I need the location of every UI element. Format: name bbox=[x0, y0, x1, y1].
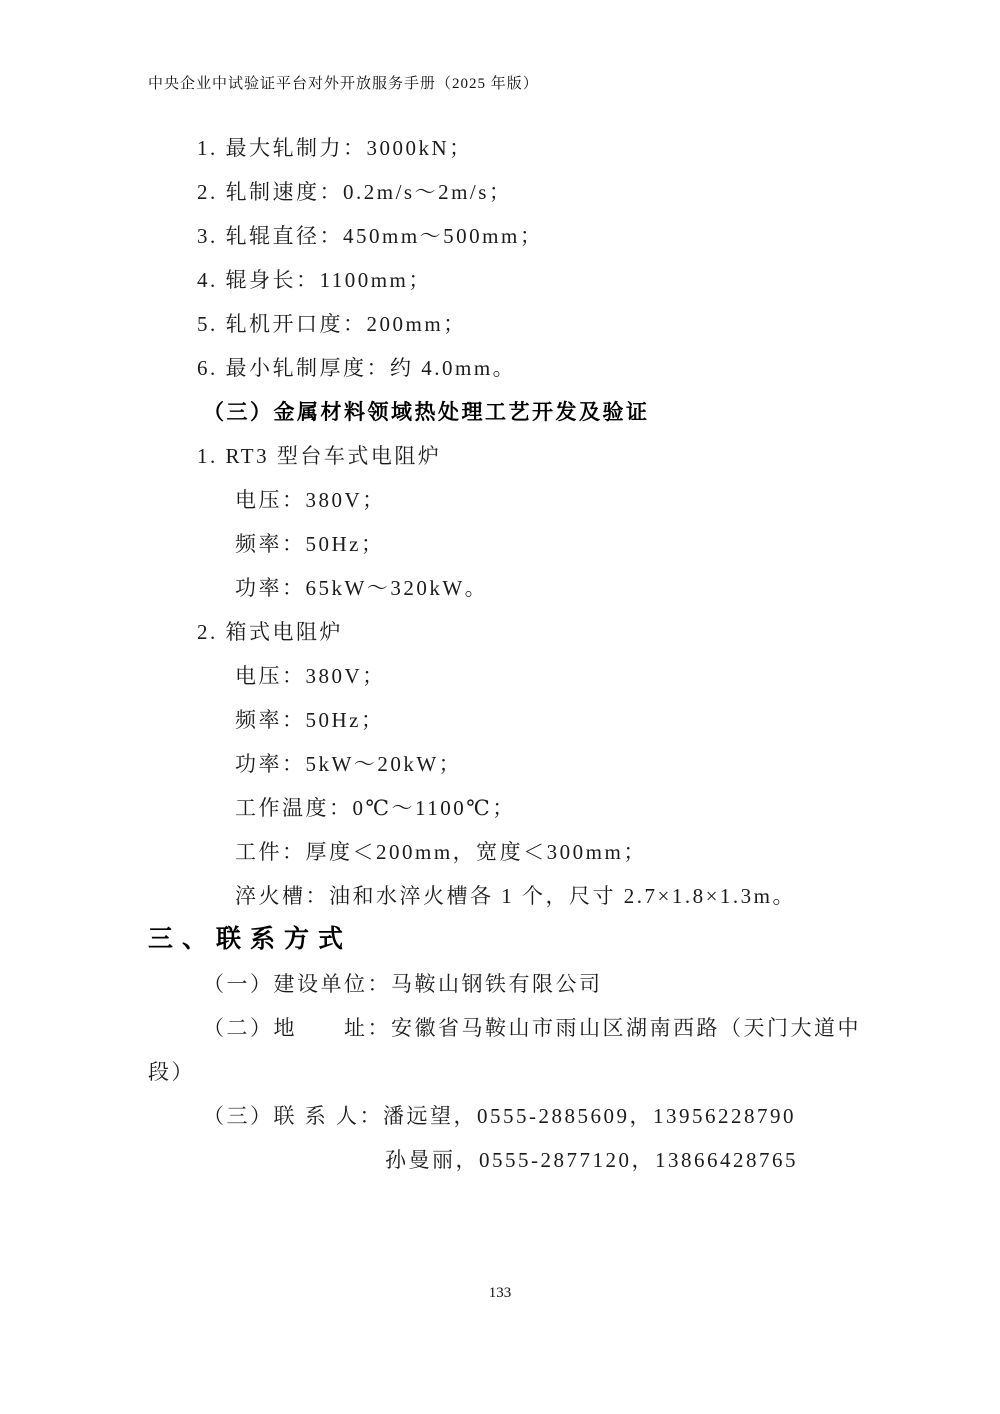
spec-power-1: 功率：65kW～320kW。 bbox=[0, 566, 1000, 610]
page-number: 133 bbox=[0, 1285, 1000, 1302]
chapter-heading-contact: 三、联系方式 bbox=[0, 918, 1000, 962]
list-item-1: 1. 最大轧制力：3000kN； bbox=[0, 126, 1000, 170]
spec-voltage-1: 电压：380V； bbox=[0, 478, 1000, 522]
spec-frequency-1: 频率：50Hz； bbox=[0, 522, 1000, 566]
spec-frequency-2: 频率：50Hz； bbox=[0, 698, 1000, 742]
equipment-item-2: 2. 箱式电阻炉 bbox=[0, 610, 1000, 654]
contact-org: （一）建设单位：马鞍山钢铁有限公司 bbox=[0, 962, 1000, 1006]
contact-address-line-1: （二）地 址：安徽省马鞍山市雨山区湖南西路（天门大道中 bbox=[0, 1006, 1000, 1050]
list-item-2: 2. 轧制速度：0.2m/s～2m/s； bbox=[0, 170, 1000, 214]
list-item-5: 5. 轧机开口度：200mm； bbox=[0, 302, 1000, 346]
spec-power-2: 功率：5kW～20kW； bbox=[0, 742, 1000, 786]
document-page: 中央企业中试验证平台对外开放服务手册（2025 年版） 1. 最大轧制力：300… bbox=[0, 0, 1000, 1414]
document-header: 中央企业中试验证平台对外开放服务手册（2025 年版） bbox=[148, 72, 539, 93]
spec-workpiece: 工件：厚度＜200mm，宽度＜300mm； bbox=[0, 830, 1000, 874]
subsection-heading: （三）金属材料领域热处理工艺开发及验证 bbox=[0, 390, 1000, 434]
spec-working-temperature: 工作温度：0℃～1100℃； bbox=[0, 786, 1000, 830]
list-item-6: 6. 最小轧制厚度：约 4.0mm。 bbox=[0, 346, 1000, 390]
contact-address-line-2: 段） bbox=[0, 1050, 1000, 1094]
spec-quench-tank: 淬火槽：油和水淬火槽各 1 个，尺寸 2.7×1.8×1.3m。 bbox=[0, 874, 1000, 918]
contact-person-1: （三）联 系 人：潘远望，0555-2885609，13956228790 bbox=[0, 1094, 1000, 1138]
equipment-item-1: 1. RT3 型台车式电阻炉 bbox=[0, 434, 1000, 478]
list-item-3: 3. 轧辊直径：450mm～500mm； bbox=[0, 214, 1000, 258]
list-item-4: 4. 辊身长：1100mm； bbox=[0, 258, 1000, 302]
document-body: 1. 最大轧制力：3000kN；2. 轧制速度：0.2m/s～2m/s；3. 轧… bbox=[0, 126, 1000, 1182]
contact-person-2: 孙曼丽，0555-2877120，13866428765 bbox=[0, 1138, 1000, 1182]
spec-voltage-2: 电压：380V； bbox=[0, 654, 1000, 698]
